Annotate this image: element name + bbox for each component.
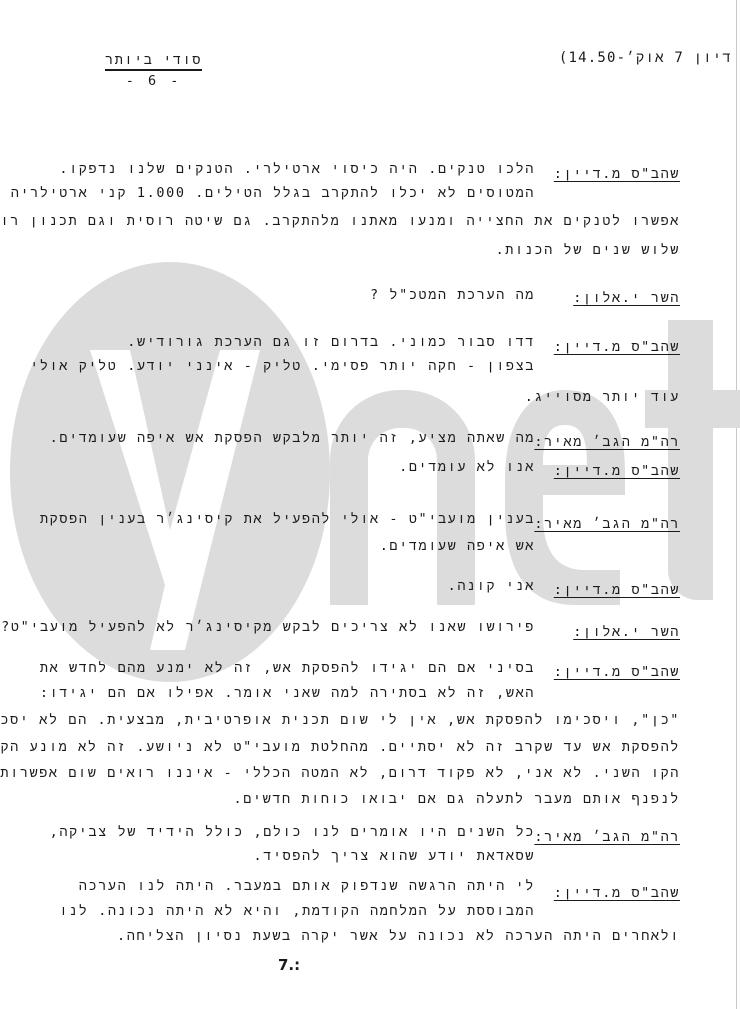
session-title: דיון 7 אוק׳-14.50) xyxy=(559,50,732,67)
transcript-line: הקו השני. לא אני, לא פקוד דרום, לא המטה … xyxy=(0,765,680,781)
transcript-line: בסיני אם הם יגידו להפסקת אש, זה לא ימנע … xyxy=(40,660,535,676)
transcript-line: מה שאתה מציע, זה יותר מלבקש הפסקת אש איפ… xyxy=(50,430,535,446)
transcript-line: בענין מועבי"ט - אולי להפעיל את קיסינג׳ר … xyxy=(40,511,535,527)
transcript-line: "כן", ויסכימו להפסקת אש, אין לי שום תכני… xyxy=(0,712,680,728)
speaker-label: שהב"ס מ.דיין: xyxy=(554,664,680,680)
transcript-line: אפשרו לטנקים את החצייה ומנעו מאתנו מלהתק… xyxy=(0,213,680,229)
transcript-line: עוד יותר מסוייג. xyxy=(525,389,680,405)
transcript-line: אנו לא עומדים. xyxy=(399,459,535,475)
transcript-line: להפסקת אש עד שקרב זה לא יסתיים. מהחלטת מ… xyxy=(0,739,680,755)
transcript-line: האש, זה לא בסתירה למה שאני אומר. אפילו א… xyxy=(40,685,535,701)
transcript-line: אני קונה. xyxy=(448,578,535,594)
transcript-line: המבוססת על המלחמה הקודמת, והיא לא היתה נ… xyxy=(59,903,535,919)
document-page: סודי ביותר - 6 - דיון 7 אוק׳-14.50) שהב"… xyxy=(0,0,740,1009)
classification-label: סודי ביותר xyxy=(105,52,202,71)
classification-header: סודי ביותר - 6 - xyxy=(105,52,202,89)
speaker-label: שהב"ס מ.דיין: xyxy=(554,166,680,182)
transcript-line: לי היתה הרגשה שנדפוק אותם במעבר. היתה לנ… xyxy=(79,878,535,894)
transcript-line: ולאחרים היתה הערכה לא נכונה על אשר יקרה … xyxy=(117,928,680,944)
transcript-line: הלכו טנקים. היה כיסוי ארטילרי. הטנקים של… xyxy=(59,161,535,177)
speaker-label: שהב"ס מ.דיין: xyxy=(554,582,680,598)
transcript-line: דדו סבור כמוני. בדרום זו גם הערכת גורודי… xyxy=(127,334,535,350)
speaker-label: השר י.אלון: xyxy=(573,290,680,306)
page-number: - 6 - xyxy=(105,73,202,89)
speaker-label: השר י.אלון: xyxy=(573,624,680,640)
speaker-label: רה"מ הגב׳ מאיר: xyxy=(534,434,680,450)
transcript-line: מה הערכת המטכ"ל ? xyxy=(370,287,535,303)
speaker-label: רה"מ הגב׳ מאיר: xyxy=(534,829,680,845)
transcript-line: שסאדאת יודע שהוא צריך להפסיד. xyxy=(254,848,535,864)
speaker-label: שהב"ס מ.דיין: xyxy=(554,339,680,355)
transcript-line: כל השנים היו אומרים לנו כולם, כולל הידיד… xyxy=(50,824,535,840)
transcript-line: שלוש שנים של הכנות. xyxy=(496,242,680,258)
transcript-line: אש איפה שעומדים. xyxy=(380,538,535,554)
speaker-label: רה"מ הגב׳ מאיר: xyxy=(534,516,680,532)
transcript-line: פירושו שאנו לא צריכים לבקש מקיסינג׳ר לא … xyxy=(1,619,535,635)
speaker-label: שהב"ס מ.דיין: xyxy=(554,885,680,901)
speaker-label: שהב"ס מ.דיין: xyxy=(554,463,680,479)
continuation-marker: 7.: xyxy=(278,956,300,974)
transcript-line: המטוסים לא יכלו להתקרב בגלל הטילים. 1.00… xyxy=(11,185,535,201)
transcript-line: בצפון - חקה יותר פסימי. טליק - אינני יוד… xyxy=(30,358,535,374)
transcript-line: לנפנף אותם מעבר לתעלה גם אם יבואו כוחות … xyxy=(234,791,681,807)
document-content: סודי ביותר - 6 - דיון 7 אוק׳-14.50) שהב"… xyxy=(0,0,740,1009)
